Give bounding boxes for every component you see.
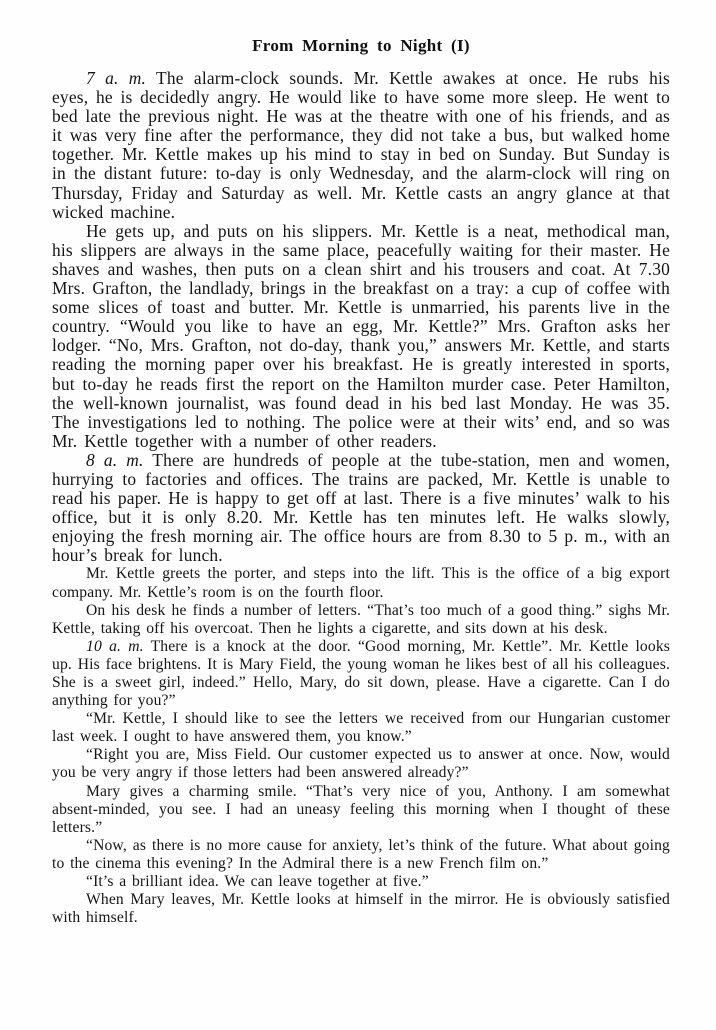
dialogue-kettle-reply: “Right you are, Miss Field. Our customer… (52, 746, 670, 782)
paragraph-text: “Mr. Kettle, I should like to see the le… (52, 710, 670, 745)
paragraph-text: On his desk he finds a number of letters… (52, 602, 670, 637)
paragraph-text: When Mary leaves, Mr. Kettle looks at hi… (52, 891, 670, 926)
paragraph-text: “Now, as there is no more cause for anxi… (52, 837, 670, 872)
story-paragraph-desk-letters: On his desk he finds a number of letters… (52, 602, 670, 638)
story-paragraph-10am: 10 a. m. There is a knock at the door. “… (52, 638, 670, 710)
time-marker-7am: 7 a. m. (86, 68, 146, 88)
paragraph-text: There are hundreds of people at the tube… (52, 450, 670, 565)
story-paragraph-getting-up: He gets up, and puts on his slippers. Mr… (52, 222, 670, 451)
paragraph-text: Mr. Kettle greets the porter, and steps … (52, 565, 670, 600)
story-paragraph-office-arrival: Mr. Kettle greets the porter, and steps … (52, 565, 670, 601)
dialogue-mary-agreement: “It’s a brilliant idea. We can leave tog… (52, 873, 670, 891)
paragraph-text: Mary gives a charming smile. “That’s ver… (52, 783, 670, 836)
paragraph-text: “It’s a brilliant idea. We can leave tog… (86, 873, 429, 890)
time-marker-10am: 10 a. m. (86, 638, 144, 655)
dialogue-mary-smile: Mary gives a charming smile. “That’s ver… (52, 783, 670, 837)
dialogue-mary-request: “Mr. Kettle, I should like to see the le… (52, 710, 670, 746)
story-paragraph-mirror: When Mary leaves, Mr. Kettle looks at hi… (52, 891, 670, 927)
story-paragraph-7am: 7 a. m. The alarm-clock sounds. Mr. Kett… (52, 69, 670, 222)
story-paragraph-8am: 8 a. m. There are hundreds of people at … (52, 451, 670, 566)
time-marker-8am: 8 a. m. (86, 450, 144, 470)
paragraph-text: He gets up, and puts on his slippers. Mr… (52, 221, 670, 451)
book-page: From Morning to Night (I) 7 a. m. The al… (0, 0, 716, 1030)
story-text: 7 a. m. The alarm-clock sounds. Mr. Kett… (52, 69, 670, 927)
paragraph-text: “Right you are, Miss Field. Our customer… (52, 746, 670, 781)
dialogue-cinema-proposal: “Now, as there is no more cause for anxi… (52, 837, 670, 873)
paragraph-text: There is a knock at the door. “Good morn… (52, 638, 670, 709)
page-title: From Morning to Night (I) (52, 36, 670, 56)
paragraph-text: The alarm-clock sounds. Mr. Kettle awake… (52, 68, 670, 222)
